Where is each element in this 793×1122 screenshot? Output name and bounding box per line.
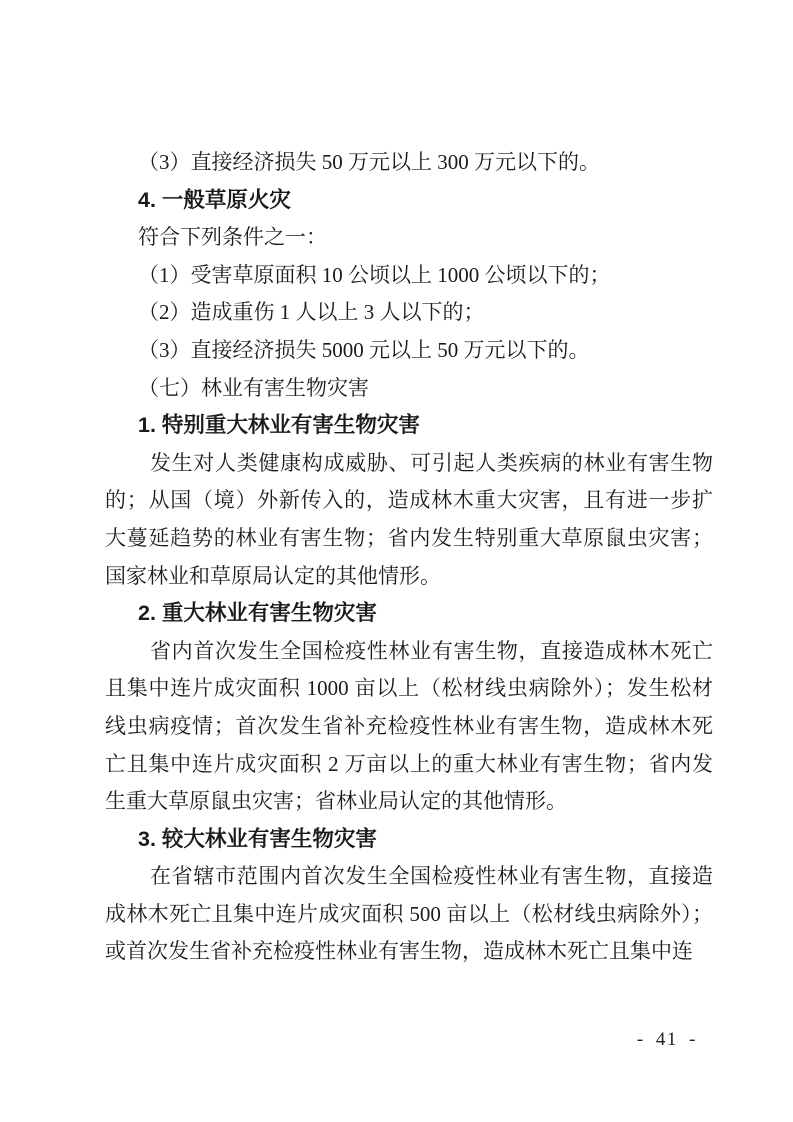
clause-line: （3）直接经济损失 50 万元以上 300 万元以下的。: [105, 144, 713, 182]
clause-line: 符合下列条件之一：: [105, 219, 713, 257]
document-page: （3）直接经济损失 50 万元以上 300 万元以下的。4. 一般草原火灾符合下…: [0, 0, 793, 1122]
paragraph: 省内首次发生全国检疫性林业有害生物，直接造成林木死亡且集中连片成灾面积 1000…: [105, 633, 713, 821]
section-heading-2: 2. 重大林业有害生物灾害: [105, 595, 713, 633]
clause-line: （3）直接经济损失 5000 元以上 50 万元以下的。: [105, 332, 713, 370]
paragraph: 在省辖市范围内首次发生全国检疫性林业有害生物，直接造成林木死亡且集中连片成灾面积…: [105, 858, 713, 971]
page-footer: - 41 -: [105, 1029, 713, 1051]
clause-line: （1）受害草原面积 10 公顷以上 1000 公顷以下的；: [105, 257, 713, 295]
section-heading-3: 3. 较大林业有害生物灾害: [105, 821, 713, 859]
section-heading-1: 1. 特别重大林业有害生物灾害: [105, 407, 713, 445]
section-heading-4: 4. 一般草原火灾: [105, 182, 713, 220]
document-body: （3）直接经济损失 50 万元以上 300 万元以下的。4. 一般草原火灾符合下…: [105, 144, 713, 971]
paragraph: 发生对人类健康构成威胁、可引起人类疾病的林业有害生物的；从国（境）外新传入的，造…: [105, 445, 713, 595]
clause-line: （2）造成重伤 1 人以上 3 人以下的；: [105, 294, 713, 332]
subsection-heading-7: （七）林业有害生物灾害: [105, 370, 713, 408]
page-number: - 41 -: [637, 1029, 697, 1050]
